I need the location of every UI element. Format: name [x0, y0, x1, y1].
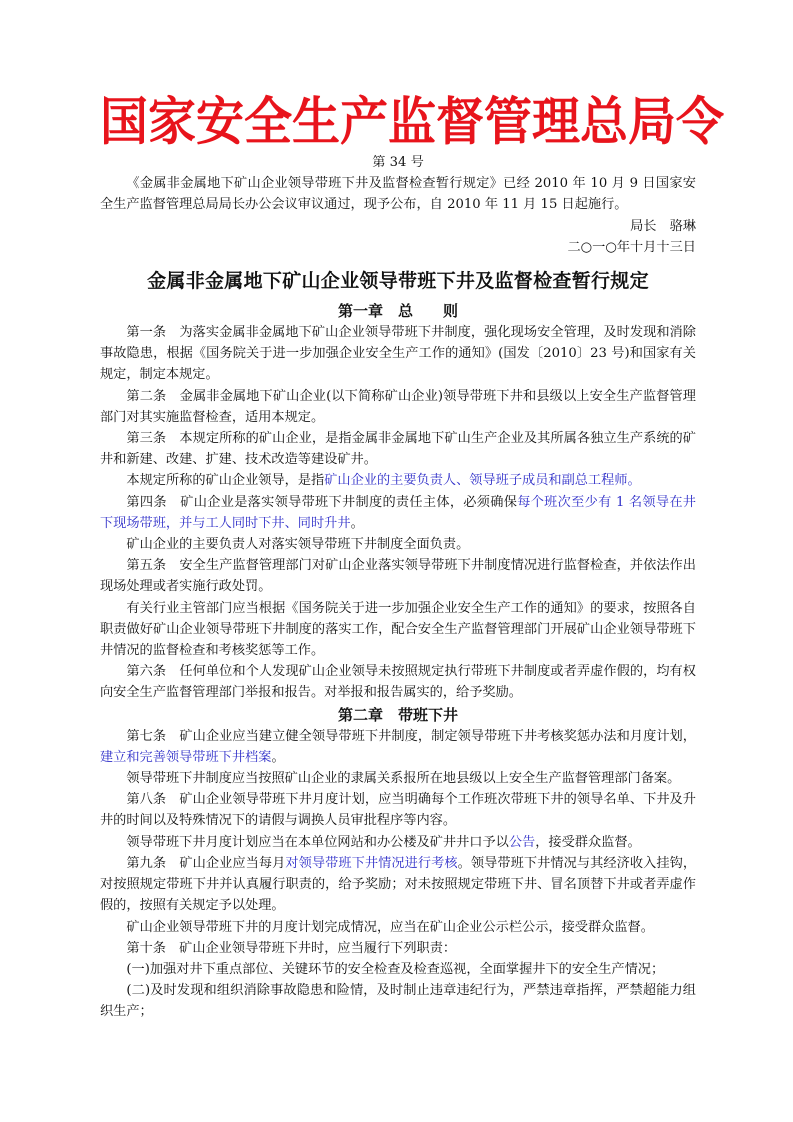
order-number: 第 34 号: [100, 152, 696, 173]
article-paragraph: 有关行业主管部门应当根据《国务院关于进一步加强企业安全生产工作的通知》的要求，按…: [100, 598, 696, 662]
article-paragraph: 本规定所称的矿山企业领导，是指矿山企业的主要负责人、领导班子成员和副总工程师。: [100, 470, 696, 491]
chapter-heading: 第二章 带班下井: [100, 704, 696, 726]
article-paragraph: 第十条 矿山企业领导带班下井时，应当履行下列职责：: [100, 938, 696, 959]
highlighted-text: 矿山企业的主要负责人、领导班子成员和副总工程师。: [324, 473, 641, 488]
highlighted-text: 建立和完善领导带班下井档案: [100, 750, 271, 765]
announcement: 《金属非金属地下矿山企业领导带班下井及监督检查暂行规定》已经 2010 年 10…: [100, 173, 696, 215]
article-paragraph: 第一条 为落实金属非金属地下矿山企业领导带班下井制度，强化现场安全管理，及时发现…: [100, 322, 696, 386]
article-paragraph: 第三条 本规定所称的矿山企业，是指金属非金属地下矿山生产企业及其所属各独立生产系…: [100, 428, 696, 470]
article-paragraph: 第四条 矿山企业是落实领导带班下井制度的责任主体，必须确保每个班次至少有 1 名…: [100, 492, 696, 534]
article-paragraph: 第五条 安全生产监督管理部门对矿山企业落实领导带班下井制度情况进行监督检查，并依…: [100, 555, 696, 597]
highlighted-text: 对领导带班下井情况进行考核: [285, 856, 457, 871]
article-paragraph: 领导带班下井制度应当按照矿山企业的隶属关系报所在地县级以上安全生产监督管理部门备…: [100, 768, 696, 789]
chapter-2-body: 第七条 矿山企业应当建立健全领导带班下井制度，制定领导带班下井考核奖惩办法和月度…: [100, 726, 696, 1023]
chapter-1-body: 第一条 为落实金属非金属地下矿山企业领导带班下井制度，强化现场安全管理，及时发现…: [100, 322, 696, 704]
article-paragraph: (一)加强对井下重点部位、关键环节的安全检查及检查巡视，全面掌握井下的安全生产情…: [100, 959, 696, 980]
chapter-heading: 第一章 总 则: [100, 300, 696, 322]
article-paragraph: 第七条 矿山企业应当建立健全领导带班下井制度，制定领导带班下井考核奖惩办法和月度…: [100, 726, 696, 768]
article-paragraph: 矿山企业领导带班下井的月度计划完成情况，应当在矿山企业公示栏公示，接受群众监督。: [100, 917, 696, 938]
article-paragraph: (二)及时发现和组织消除事故隐患和险情，及时制止违章违纪行为，严禁违章指挥，严禁…: [100, 980, 696, 1022]
article-paragraph: 领导带班下井月度计划应当在本单位网站和办公楼及矿井井口予以公告，接受群众监督。: [100, 832, 696, 853]
article-paragraph: 矿山企业的主要负责人对落实领导带班下井制度全面负责。: [100, 534, 696, 555]
document-title: 金属非金属地下矿山企业领导带班下井及监督检查暂行规定: [100, 266, 696, 296]
article-paragraph: 第二条 金属非金属地下矿山企业(以下简称矿山企业)领导带班下井和县级以上安全生产…: [100, 386, 696, 428]
decree-title: 国家安全生产监督管理总局令: [100, 90, 696, 155]
article-paragraph: 第六条 任何单位和个人发现矿山企业领导未按照规定执行带班下井制度或者弄虚作假的，…: [100, 661, 696, 703]
article-paragraph: 第九条 矿山企业应当每月对领导带班下井情况进行考核。领导带班下井情况与其经济收入…: [100, 853, 696, 917]
article-paragraph: 第八条 矿山企业领导带班下井月度计划，应当明确每个工作班次带班下井的领导名单、下…: [100, 789, 696, 831]
highlighted-text: 公告: [509, 835, 535, 850]
decree-date: 二○一○年十月十三日: [100, 237, 696, 258]
document-page: 国家安全生产监督管理总局令 第 34 号 《金属非金属地下矿山企业领导带班下井及…: [100, 92, 696, 1023]
signatory: 局长 骆琳: [100, 216, 696, 237]
